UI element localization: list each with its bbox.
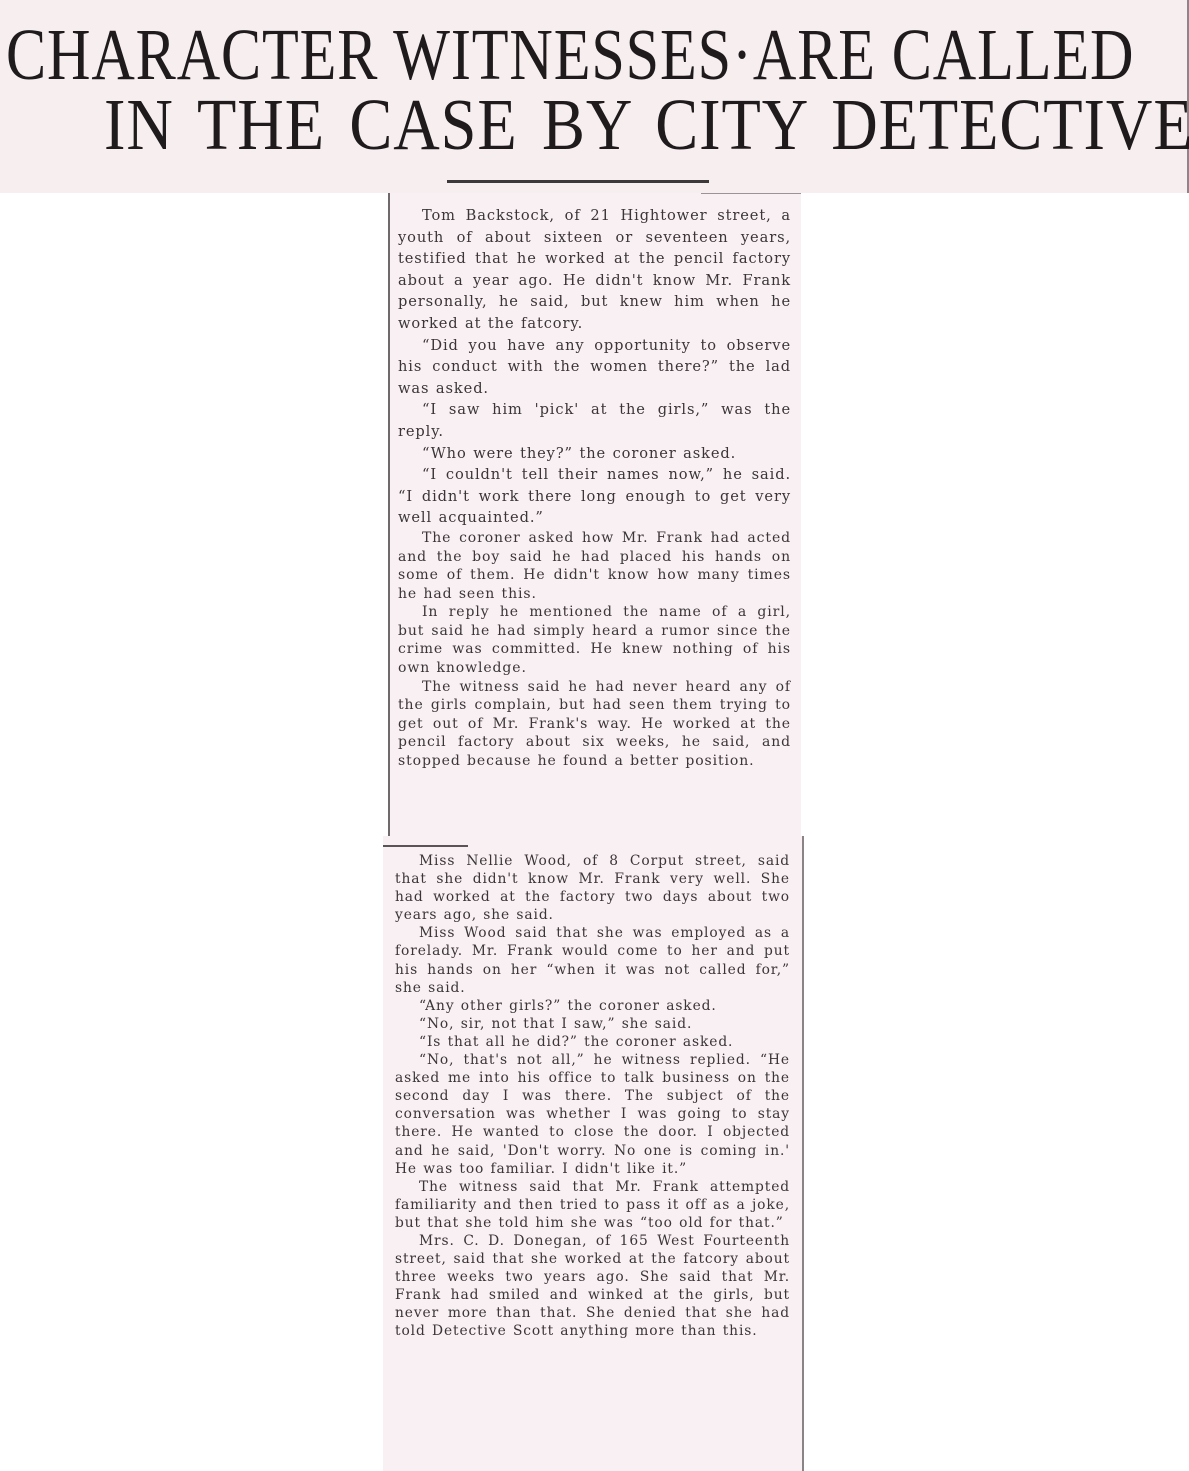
paragraph-question-conduct: “Did you have any opportunity to observe… (398, 335, 791, 400)
paragraph-nellie-wood-intro: Miss Nellie Wood, of 8 Corput street, sa… (395, 852, 790, 924)
paragraph-no-sir: “No, sir, not that I saw,” she said. (395, 1015, 790, 1033)
paragraph-too-old: The witness said that Mr. Frank attempte… (395, 1178, 790, 1232)
article-column-1: Tom Backstock, of 21 Hightower street, a… (388, 193, 801, 836)
section-divider-rule (383, 845, 468, 847)
paragraph-never-heard-complain: The witness said he had never heard any … (398, 678, 791, 771)
headline-band: CHARACTER WITNESSES·ARE CALLED IN THE CA… (0, 0, 1189, 193)
paragraph-mentioned-girl: In reply he mentioned the name of a girl… (398, 603, 791, 677)
paragraph-not-all-office: “No, that's not all,” he witness replied… (395, 1051, 790, 1178)
paragraph-backstock-intro: Tom Backstock, of 21 Hightower street, a… (398, 205, 791, 335)
paragraph-donegan: Mrs. C. D. Donegan, of 165 West Fourteen… (395, 1232, 790, 1341)
paragraph-pick-reply: “I saw him 'pick' at the girls,” was the… (398, 399, 791, 442)
paragraph-coroner-asked-how: The coroner asked how Mr. Frank had acte… (398, 529, 791, 603)
article-column-2: Miss Nellie Wood, of 8 Corput street, sa… (383, 836, 804, 1471)
headline-divider-rule (447, 180, 709, 183)
headline-line-2: IN THE CASE BY CITY DETECTIVES (104, 84, 1189, 168)
column-top-rule (701, 193, 801, 194)
paragraph-is-that-all: “Is that all he did?” the coroner asked. (395, 1033, 790, 1051)
paragraph-who-were-they: “Who were they?” the coroner asked. (398, 443, 791, 465)
paragraph-any-other-girls: “Any other girls?” the coroner asked. (395, 997, 790, 1015)
paragraph-forelady: Miss Wood said that she was employed as … (395, 924, 790, 996)
paragraph-couldnt-tell: “I couldn't tell their names now,” he sa… (398, 464, 791, 529)
